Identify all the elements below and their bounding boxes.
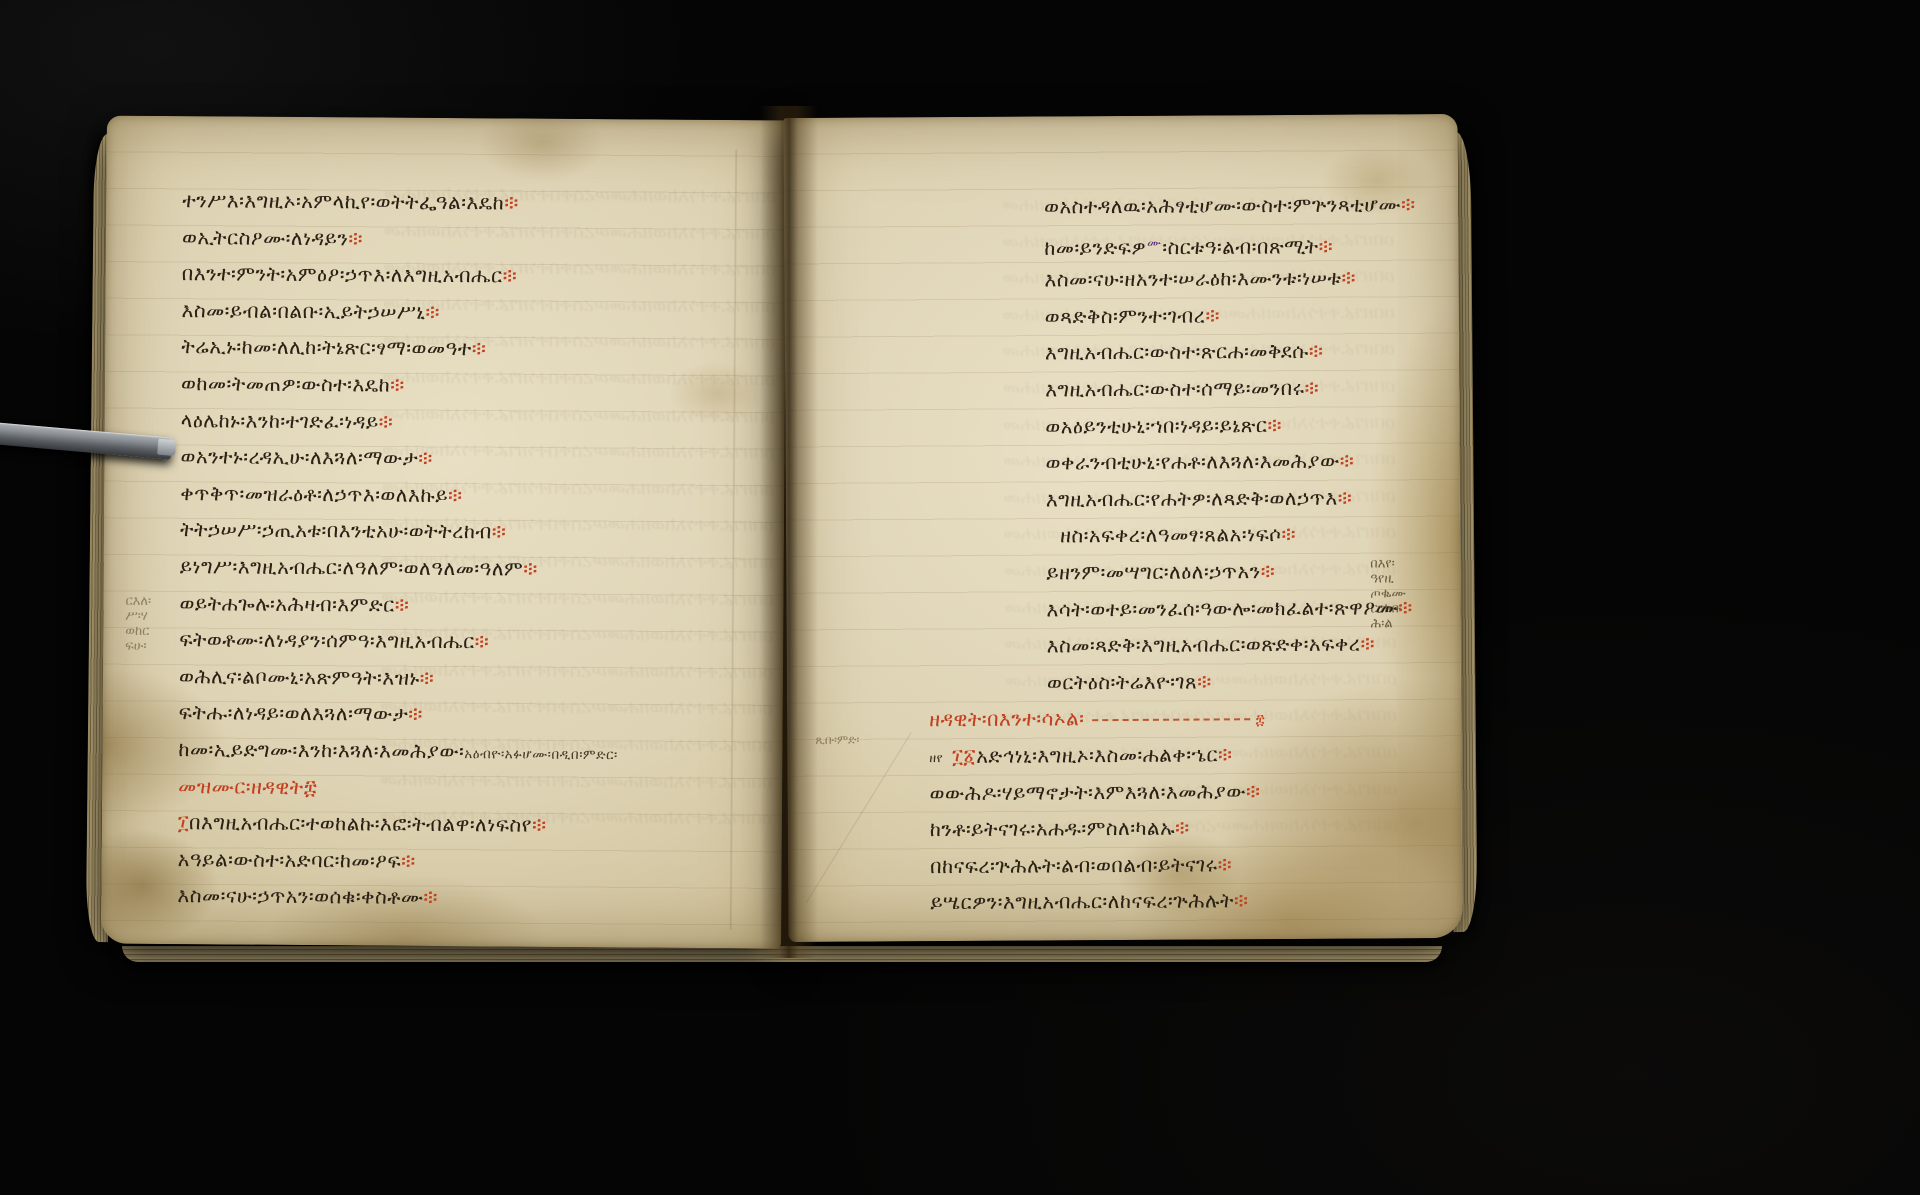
body-text: እስመ፡ናሁ፡ዘአንተ፡ሠራዕከ፡እሙንቱ፡ነሠቱ: [1044, 266, 1341, 292]
rubrication-text: ፨: [1246, 779, 1261, 803]
body-text: አዓይል፡ውስተ፡አድባር፡ከመ፡ዖፍ: [178, 847, 402, 873]
manuscript-line: ፍትወቶሙ፡ለነዳያን፡ሰምዓ፡እግዚአብሔር፨: [179, 621, 759, 662]
rubrication-text: ፨: [1261, 559, 1276, 583]
body-text: በእንተ፡ምንት፡አምዕዖ፡ኃጥእ፡ለእግዚአብሔር: [182, 261, 503, 287]
rubrication-text: ፨: [1340, 449, 1355, 473]
manuscript-line: ወሕሊና፡ልቦሙኒ፡አጽምዓት፡እዝኑ፨: [179, 658, 759, 699]
rubrication-text: ፨: [379, 409, 394, 433]
rubrication-text: ፨: [1319, 234, 1334, 258]
manuscript-line: ከመ፡ይንድፍዎሙ፡ስርቱዓ፡ልብ፡በጽሚት፨: [926, 223, 1446, 263]
manuscript-line: ወይትሐጐሉ፡አሕዛብ፡እምድር፨: [179, 585, 759, 626]
rubric-end-mark: ፰: [1255, 712, 1265, 728]
body-text: ወቀራንብቲሁኒ፡የሐቶ፡ለእጓለ፡እመሕያው: [1046, 449, 1340, 475]
rubrication-text: ፨: [1309, 339, 1324, 363]
margin-note: ሥ፡ሃ: [125, 609, 151, 624]
manuscript-line: አዓይል፡ውስተ፡አድባር፡ከመ፡ዖፍ፨: [178, 841, 758, 882]
body-text: በእግዚአብሔር፡ተወከልኩ፡እፎ፡ትብልዋ፡ለነፍስየ: [189, 810, 532, 836]
body-text: ከመ፡ኢይድግሙ፡እንከ፡እጓለ፡እመሕያው፡: [178, 737, 464, 763]
body-text: ፡ስርቱዓ፡ልብ፡በጽሚት: [1162, 234, 1318, 259]
rubrication-text: ፨: [448, 483, 463, 507]
body-text: ወአንተኑ፡ረዳኢሁ፡ለእጓለ፡ማውታ: [180, 444, 418, 470]
body-text: ተንሥእ፡እግዚኦ፡አምላኪየ፡ወትትፌዓል፡እዴከ: [182, 188, 504, 214]
right-page: ዐበዘገፈቀተነአከወዘሐመሠረሰቀበተነዘገፈቀተነአከወዘሐመዐበዘገፈቀተ…: [783, 114, 1462, 942]
body-text: ትትኃሠሥ፡ኃጢአቱ፡በእንቲአሁ፡ወትትረከብ: [180, 518, 492, 544]
rubrication-text: ፨: [492, 520, 507, 544]
rubrication-text: ፨: [1401, 192, 1416, 216]
body-text: ወአስተዳለዉ፡አሕፃቲሆሙ፡ውስተ፡ምጕንጻቲሆሙ: [1044, 192, 1401, 218]
manuscript-line: ዘዳዊት፡በእንተ፡ሳኦል፡፰: [929, 698, 1449, 738]
manuscript-line: ወከመ፡ትመጠዎ፡ውስተ፡እዴከ፨: [181, 365, 761, 406]
left-page: ዐበዘገፈቀተነአከወዘሐመሠረሰቀበተነዘገፈቀተነአከወዘሐመዐበዘገፈቀተ…: [101, 116, 787, 949]
manuscript-line: ወአዕይንቲሁኒ፡ኀበ፡ነዳይ፡ይኔጽር፨: [927, 406, 1447, 446]
body-text: ላዕሌከኑ፡እንከ፡ተገድፈ፡ነዳይ: [181, 408, 379, 433]
body-text: አዕብዮ፡አፉሆሙ፡በዲበ፡ምድር፡: [464, 746, 618, 763]
manuscript-line: ላዕሌከኑ፡እንከ፡ተገድፈ፡ነዳይ፨: [181, 402, 761, 443]
rubrication-text: ፨: [1218, 742, 1233, 766]
body-text: ቀጥቅጥ፡መዝራዕቶ፡ለኃጥእ፡ወለእኩይ: [180, 481, 448, 507]
rubrication-text: ፨: [503, 264, 518, 288]
manuscript-line: ወጻድቅስ፡ምንተ፡ገብረ፨: [927, 296, 1447, 336]
body-text: እግዚአብሔር፡የሐትዎ፡ለጻድቅ፡ወለኃጥእ: [1046, 485, 1338, 511]
manuscript-line: ወርትዕስ፡ትሬእዮ፡ገጸ፨: [929, 662, 1449, 702]
body-text: ይነግሥ፡እግዚአብሔር፡ለዓለም፡ወለዓለመ፡ዓለም: [180, 554, 524, 580]
manuscript-line: በከናፍረ፡ጕሕሉት፡ልብ፡ወበልብ፡ይትናገሩ፨: [930, 845, 1450, 885]
body-text: ከንቶ፡ይትናገሩ፡አሐዱ፡ምስለ፡ካልኡ: [930, 816, 1175, 841]
body-text: ወሕሊና፡ልቦሙኒ፡አጽምዓት፡እዝኑ: [179, 664, 420, 690]
body-text: ከመ፡ይንድፍዎ: [1044, 235, 1146, 260]
manuscript-line: ይነግሥ፡እግዚአብሔር፡ለዓለም፡ወለዓለመ፡ዓለም፨: [180, 548, 760, 589]
body-text: ወኢትርስዖሙ፡ለነዳይን: [182, 225, 349, 250]
rubrication-text: ፨: [1217, 852, 1232, 876]
body-text: ፍትወቶሙ፡ለነዳያን፡ሰምዓ፡እግዚአብሔር: [179, 627, 475, 653]
manuscript-line: እስመ፡ናሁ፡ኃጥአን፡ወሰቁ፡ቀስቶሙ፨: [177, 877, 757, 918]
left-margin-notes: ርእለ፡ሥ፡ሃወከርፍሁ፡: [125, 594, 151, 654]
body-text: እስመ፡ናሁ፡ኃጥአን፡ወሰቁ፡ቀስቶሙ: [177, 883, 423, 909]
manuscript-line: ከንቶ፡ይትናገሩ፡አሐዱ፡ምስለ፡ካልኡ፨: [930, 808, 1450, 848]
rubrication-text: ፨: [401, 848, 416, 872]
manuscript-line: ትሬኢኑ፡ከመ፡ለሊከ፡ትኔጽር፡ፃማ፡ወመዓተ፨: [181, 329, 761, 370]
rubrication-text: ፨: [1234, 889, 1249, 913]
body-text: ፍትሑ፡ለነዳይ፡ወለእጓለ፡ማውታ: [179, 700, 409, 726]
body-text: ወከመ፡ትመጠዎ፡ውስተ፡እዴከ: [181, 371, 390, 396]
body-text: ወአዕይንቲሁኒ፡ኀበ፡ነዳይ፡ይኔጽር: [1045, 413, 1267, 438]
rubric-filler-rule: [1092, 718, 1250, 721]
body-text: ትሬኢኑ፡ከመ፡ለሊከ፡ትኔጽር፡ፃማ፡ወመዓተ: [181, 335, 472, 361]
rubrication-text: ፨: [408, 702, 423, 726]
margin-note: ፍሁ፡: [125, 639, 151, 654]
manuscript-line: ቀጥቅጥ፡መዝራዕቶ፡ለኃጥእ፡ወለእኩይ፨: [180, 475, 760, 516]
manuscript-line: ከመ፡ኢይድግሙ፡እንከ፡እጓለ፡እመሕያው፡አዕብዮ፡አፉሆሙ፡በዲበ፡ምድር…: [178, 731, 758, 772]
rubrication-text: ፨: [475, 629, 490, 653]
rubrication-text: ፨: [1338, 485, 1353, 509]
rubrication-text: መዝሙር፡ዘዳዊት፰: [178, 774, 317, 799]
body-text: ወውሕዶ፡ሃይማኖታት፡እምእጓለ፡እመሕያው: [930, 779, 1247, 805]
manuscript-line: ዘየ፲፩አድኅነኒ፡እግዚኦ፡እስመ፡ሐልቀ፡ኄር፨: [929, 735, 1449, 775]
rubrication-text: ፨: [420, 666, 435, 690]
rubrication-text: ፨: [1281, 522, 1296, 546]
manuscript-line: ወአንተኑ፡ረዳኢሁ፡ለእጓለ፡ማውታ፨: [180, 438, 760, 479]
body-text: እስመ፡ጻድቅ፡እግዚአብሔር፡ወጽድቀ፡አፍቀረ: [1047, 632, 1361, 658]
rubrication-text: ፨: [1398, 595, 1413, 619]
body-text: አድኅነኒ፡እግዚኦ፡እስመ፡ሐልቀ፡ኄር: [976, 742, 1218, 767]
body-text: ወርትዕስ፡ትሬእዮ፡ገጸ: [1047, 669, 1197, 694]
manuscript-line: እስመ፡ናሁ፡ዘአንተ፡ሠራዕከ፡እሙንቱ፡ነሠቱ፨: [926, 259, 1446, 299]
manuscript-line: ወውሕዶ፡ሃይማኖታት፡እምእጓለ፡እመሕያው፨: [930, 772, 1450, 812]
rubrication-text: ፨: [504, 190, 519, 214]
rubrication-text: ፨: [395, 592, 410, 616]
rubrication-text: ፨: [472, 337, 487, 361]
body-text: እስመ፡ይብል፡በልቡ፡ኢይትኃሠሥኒ: [181, 298, 425, 324]
manuscript-line: ፲በእግዚአብሔር፡ተወከልኩ፡እፎ፡ትብልዋ፡ለነፍስየ፨: [178, 804, 758, 845]
manuscript-line: እሳት፡ወተይ፡መንፈሰ፡ዓውሎ፡መክፈልተ፡ጽዋዖሙ፨: [928, 589, 1448, 629]
body-text: ወጻድቅስ፡ምንተ፡ገብረ: [1045, 303, 1206, 328]
manuscript-line: እግዚአብሔር፡ውስተ፡ጽርሐ፡መቅደሱ፨: [927, 332, 1447, 372]
rubrication-text: ፨: [1304, 376, 1319, 400]
body-text: እግዚአብሔር፡ውስተ፡ሰማይ፡መንበሩ: [1045, 376, 1305, 402]
gutter-note: ጺቡ፡ምድ፡: [815, 733, 859, 748]
margin-note: ወከር: [125, 624, 151, 639]
rubrication-text: ፲፩: [952, 744, 976, 768]
manuscript-line: እስመ፡ይብል፡በልቡ፡ኢይትኃሠሥኒ፨: [181, 292, 761, 333]
scribal-correction: ሙ: [1147, 234, 1161, 249]
rubrication-text: ፨: [1197, 669, 1212, 693]
body-text: ዘስ፡አፍቀረ፡ለዓመፃ፡ጸልአ፡ነፍሶ: [1060, 522, 1282, 547]
body-text: እግዚአብሔር፡ውስተ፡ጽርሐ፡መቅደሱ: [1045, 339, 1309, 365]
manuscript-line: ወቀራንብቲሁኒ፡የሐቶ፡ለእጓለ፡እመሕያው፨: [927, 442, 1447, 482]
manuscript-line: እግዚአብሔር፡ውስተ፡ሰማይ፡መንበሩ፨: [927, 369, 1447, 409]
margin-note: ጺቡ፡ምድ፡: [815, 733, 859, 748]
body-text: ዘየ: [929, 750, 943, 765]
manuscript-line: ወኢትርስዖሙ፡ለነዳይን፨: [182, 219, 762, 260]
manuscript-line: መዝሙር፡ዘዳዊት፰: [178, 768, 758, 809]
manuscript-line: ተንሥእ፡እግዚኦ፡አምላኪየ፡ወትትፌዓል፡እዴከ፨: [182, 182, 762, 223]
rubrication-text: ፲: [178, 810, 189, 834]
rubrication-text: ፨: [390, 373, 405, 397]
right-page-text-block: ወአስተዳለዉ፡አሕፃቲሆሙ፡ውስተ፡ምጕንጻቲሆሙ፨ከመ፡ይንድፍዎሙ፡ስርቱ…: [926, 186, 1450, 921]
body-text: በከናፍረ፡ጕሕሉት፡ልብ፡ወበልብ፡ይትናገሩ: [930, 852, 1218, 878]
rubrication-text: ፨: [1267, 413, 1282, 437]
manuscript-line: እስመ፡ጻድቅ፡እግዚአብሔር፡ወጽድቀ፡አፍቀረ፨: [929, 625, 1449, 665]
open-manuscript-book: ዐበዘገፈቀተነአከወዘሐመሠረሰቀበተነዘገፈቀተነአከወዘሐመዐበዘገፈቀተ…: [92, 106, 1470, 958]
body-text: ወይትሐጐሉ፡አሕዛብ፡እምድር: [179, 591, 394, 617]
manuscript-line: ትትኃሠሥ፡ኃጢአቱ፡በእንቲአሁ፡ወትትረከብ፨: [180, 512, 760, 553]
manuscript-line: እግዚአብሔር፡የሐትዎ፡ለጻድቅ፡ወለኃጥእ፨: [928, 479, 1448, 519]
manuscript-line: ወአስተዳለዉ፡አሕፃቲሆሙ፡ውስተ፡ምጕንጻቲሆሙ፨: [926, 186, 1446, 226]
rubrication-text: ፨: [348, 226, 363, 250]
left-page-text-block: ተንሥእ፡እግዚኦ፡አምላኪየ፡ወትትፌዓል፡እዴከ፨ወኢትርስዖሙ፡ለነዳይን…: [177, 182, 762, 918]
margin-note: ርእለ፡: [125, 594, 151, 609]
rubrication-text: ፨: [1175, 816, 1190, 840]
photo-background: ዐበዘገፈቀተነአከወዘሐመሠረሰቀበተነዘገፈቀተነአከወዘሐመዐበዘገፈቀተ…: [0, 0, 1920, 1195]
rubrication-text: ፨: [1205, 303, 1220, 327]
body-text: ይዘንም፡መሣግር፡ለዕለ፡ኃጥአን: [1046, 559, 1261, 584]
body-text: ይሤርዎን፡እግዚአብሔር፡ለከናፍረ፡ጕሕሉት: [930, 889, 1234, 915]
manuscript-line: ይሤርዎን፡እግዚአብሔር፡ለከናፍረ፡ጕሕሉት፨: [930, 881, 1450, 921]
book-spine-shadow: [760, 106, 818, 958]
rubrication-text: ፨: [418, 446, 433, 470]
manuscript-line: በእንተ፡ምንት፡አምዕዖ፡ኃጥእ፡ለእግዚአብሔር፨: [182, 255, 762, 296]
rubrication-text: ዘዳዊት፡በእንተ፡ሳኦል፡: [929, 707, 1084, 732]
rubrication-text: ፨: [532, 813, 547, 837]
manuscript-line: ይዘንም፡መሣግር፡ለዕለ፡ኃጥአን፨: [928, 552, 1448, 592]
rubrication-text: ፨: [425, 300, 440, 324]
manuscript-line: ዘስ፡አፍቀረ፡ለዓመፃ፡ጸልአ፡ነፍሶ፨: [928, 515, 1448, 555]
rubrication-text: ፨: [1360, 632, 1375, 656]
rubrication-text: ፨: [423, 885, 438, 909]
rubrication-text: ፨: [1341, 266, 1356, 290]
manuscript-line: ፍትሑ፡ለነዳይ፡ወለእጓለ፡ማውታ፨: [179, 694, 759, 735]
body-text: እሳት፡ወተይ፡መንፈሰ፡ዓውሎ፡መክፈልተ፡ጽዋዖሙ: [1046, 595, 1398, 621]
rubrication-text: ፨: [523, 556, 538, 580]
